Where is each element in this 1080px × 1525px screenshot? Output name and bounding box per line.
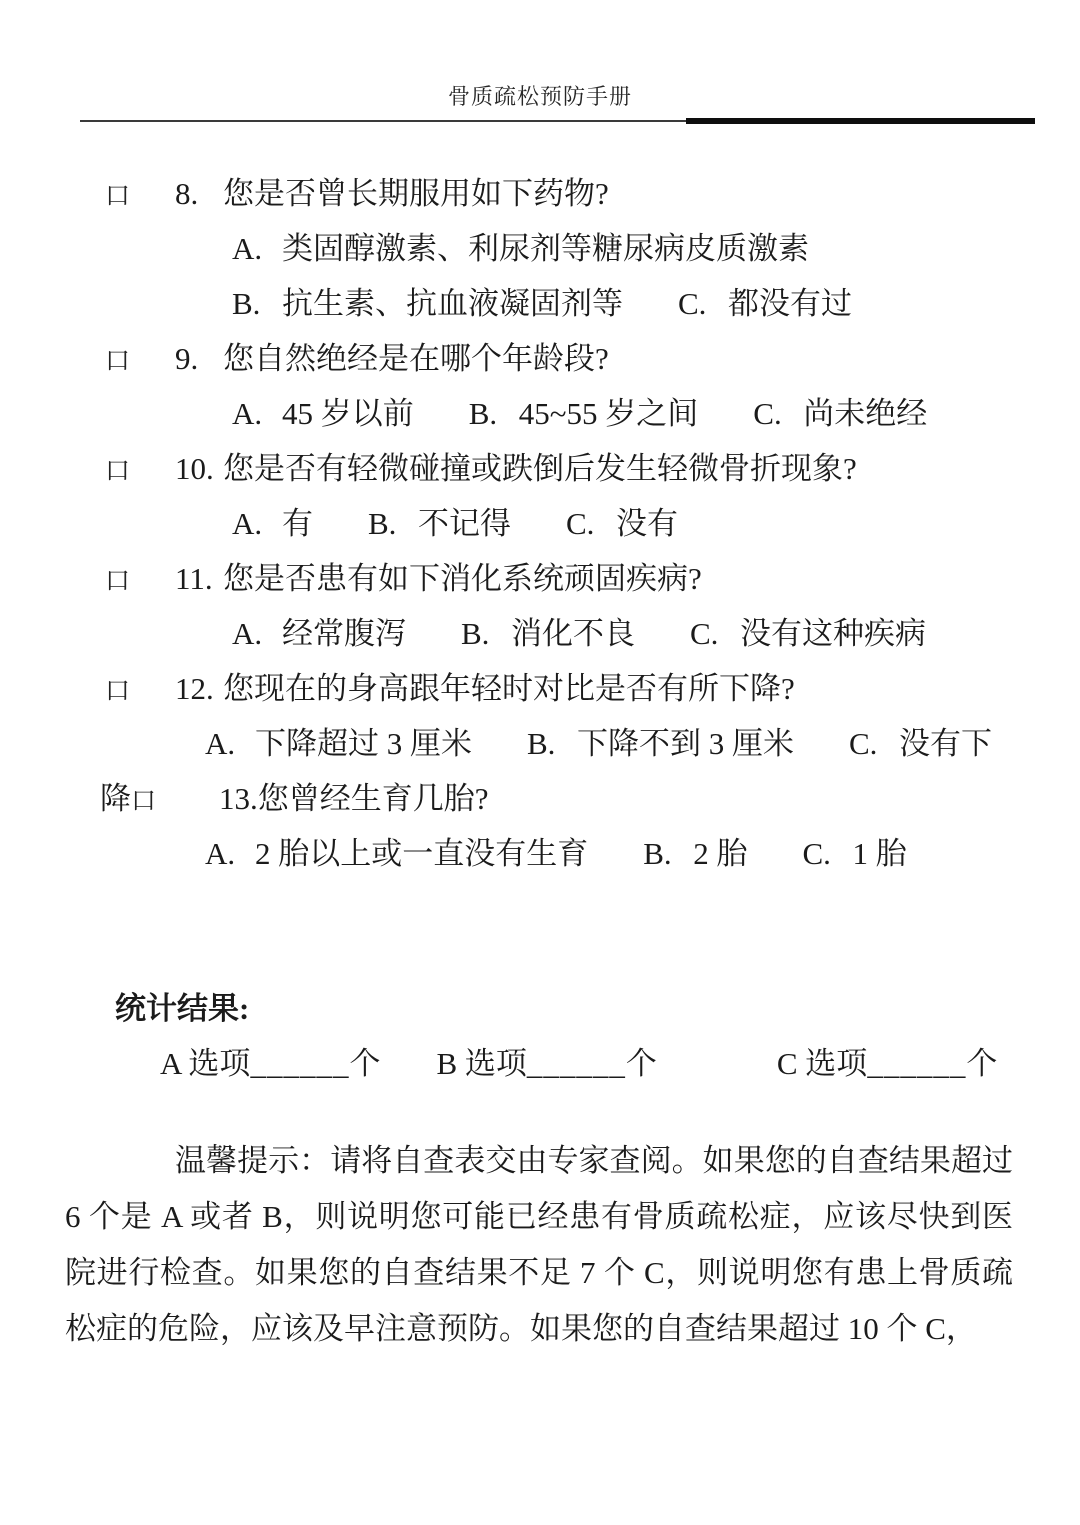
header-rule xyxy=(80,120,1035,122)
option-11b-label: B. xyxy=(461,606,511,661)
question-8-options-row-1: A.类固醇激素、利尿剂等糖尿病皮质激素 xyxy=(0,221,1080,276)
option-13b: B.2 胎 xyxy=(643,826,747,881)
question-8: 口8.您是否曾长期服用如下药物? xyxy=(0,166,1080,221)
stat-b: B 选项______个 xyxy=(436,1036,656,1091)
question-10-number: 10. xyxy=(175,441,223,496)
option-9a-text: 45 岁以前 xyxy=(282,396,414,431)
question-8-text: 您是否曾长期服用如下药物? xyxy=(223,176,609,211)
question-11: 口11.您是否患有如下消化系统顽固疾病? xyxy=(0,551,1080,606)
option-8a: A.类固醇激素、利尿剂等糖尿病皮质激素 xyxy=(232,221,809,276)
option-12c-text: 没有下 xyxy=(899,726,992,761)
option-13a-text: 2 胎以上或一直没有生育 xyxy=(255,836,588,871)
option-11a-text: 经常腹泻 xyxy=(282,616,406,651)
option-11a-label: A. xyxy=(232,606,282,661)
option-11b-text: 消化不良 xyxy=(511,616,635,651)
question-11-text: 您是否患有如下消化系统顽固疾病? xyxy=(223,561,702,596)
question-8-options-row-2: B.抗生素、抗血液凝固剂等C.都没有过 xyxy=(0,276,1080,331)
notice-line-4: 松症的危险，应该及早注意预防。如果您的自查结果超过 10 个 C， xyxy=(65,1301,1013,1357)
document-page: 骨质疏松预防手册 口8.您是否曾长期服用如下药物? A.类固醇激素、利尿剂等糖尿… xyxy=(0,0,1080,1525)
option-9c-label: C. xyxy=(753,386,803,441)
question-12: 口12.您现在的身高跟年轻时对比是否有所下降? xyxy=(0,661,1080,716)
notice-paragraph: 温馨提示：请将自查表交由专家查阅。如果您的自查结果超过 6 个是 A 或者 B，… xyxy=(65,1133,1013,1357)
question-12-options: A.下降超过 3 厘米B.下降不到 3 厘米C.没有下 xyxy=(0,716,1080,771)
question-12-text: 您现在的身高跟年轻时对比是否有所下降? xyxy=(223,671,795,706)
option-8c: C.都没有过 xyxy=(678,276,852,331)
option-12c-label: C. xyxy=(849,716,899,771)
option-12a-label: A. xyxy=(205,716,255,771)
option-12b-label: B. xyxy=(527,716,577,771)
option-10b-text: 不记得 xyxy=(418,506,511,541)
question-11-options: A.经常腹泻B.消化不良C.没有这种疾病 xyxy=(0,606,1080,661)
option-11b: B.消化不良 xyxy=(461,606,635,661)
option-10c-text: 没有 xyxy=(616,506,678,541)
option-13b-label: B. xyxy=(643,826,693,881)
statistics-title: 统计结果: xyxy=(0,981,1080,1036)
question-12-number: 12. xyxy=(175,661,223,716)
stat-c-unit: 个 xyxy=(966,1046,997,1081)
stat-c-label: C 选项 xyxy=(777,1046,867,1081)
checkbox-q12[interactable]: 口 xyxy=(105,664,175,719)
header-rule-thick-segment xyxy=(686,118,1035,124)
question-13-options: A.2 胎以上或一直没有生育B.2 胎C.1 胎 xyxy=(0,826,1080,881)
question-9-options: A.45 岁以前B.45~55 岁之间C.尚未绝经 xyxy=(0,386,1080,441)
option-11c-text: 没有这种疾病 xyxy=(740,616,926,651)
question-12c-wrap-char: 降 xyxy=(100,781,131,816)
option-8a-text: 类固醇激素、利尿剂等糖尿病皮质激素 xyxy=(282,231,809,266)
stat-c-blank[interactable]: ______ xyxy=(867,1046,966,1081)
question-11-number: 11. xyxy=(175,551,223,606)
option-8a-label: A. xyxy=(232,221,282,276)
option-11a: A.经常腹泻 xyxy=(232,606,406,661)
question-8-number: 8. xyxy=(175,166,223,221)
question-9-number: 9. xyxy=(175,331,223,386)
checkbox-q10[interactable]: 口 xyxy=(105,444,175,499)
option-9a: A.45 岁以前 xyxy=(232,386,414,441)
stat-b-label: B 选项 xyxy=(436,1046,526,1081)
page-header: 骨质疏松预防手册 xyxy=(0,0,1080,122)
question-9: 口9.您自然绝经是在哪个年龄段? xyxy=(0,331,1080,386)
option-11c: C.没有这种疾病 xyxy=(690,606,926,661)
option-8c-label: C. xyxy=(678,276,728,331)
checkbox-q9[interactable]: 口 xyxy=(105,334,175,389)
option-10c-label: C. xyxy=(566,496,616,551)
option-9a-label: A. xyxy=(232,386,282,441)
checkbox-q13[interactable]: 口 xyxy=(131,774,165,829)
option-12a: A.下降超过 3 厘米 xyxy=(205,716,472,771)
stat-a-unit: 个 xyxy=(349,1046,380,1081)
question-10: 口10.您是否有轻微碰撞或跌倒后发生轻微骨折现象? xyxy=(0,441,1080,496)
option-8b-label: B. xyxy=(232,276,282,331)
notice-line-2: 6 个是 A 或者 B，则说明您可能已经患有骨质疏松症，应该尽快到医 xyxy=(65,1189,1013,1245)
option-13c: C.1 胎 xyxy=(803,826,907,881)
option-9c-text: 尚未绝经 xyxy=(803,396,927,431)
question-13-text: 您曾经生育几胎? xyxy=(258,781,489,816)
option-10a: A.有 xyxy=(232,496,313,551)
option-12b: B.下降不到 3 厘米 xyxy=(527,716,794,771)
option-10b-label: B. xyxy=(368,496,418,551)
option-9c: C.尚未绝经 xyxy=(753,386,927,441)
option-8b-text: 抗生素、抗血液凝固剂等 xyxy=(282,286,623,321)
option-8c-text: 都没有过 xyxy=(728,286,852,321)
questionnaire: 口8.您是否曾长期服用如下药物? A.类固醇激素、利尿剂等糖尿病皮质激素 B.抗… xyxy=(0,166,1080,881)
question-9-text: 您自然绝经是在哪个年龄段? xyxy=(223,341,609,376)
option-10a-text: 有 xyxy=(282,506,313,541)
option-9b: B.45~55 岁之间 xyxy=(469,386,699,441)
option-13c-text: 1 胎 xyxy=(853,836,907,871)
stat-a: A 选项______个 xyxy=(160,1036,380,1091)
option-10c: C.没有 xyxy=(566,496,678,551)
stat-a-blank[interactable]: ______ xyxy=(250,1046,349,1081)
stat-b-blank[interactable]: ______ xyxy=(527,1046,626,1081)
option-10b: B.不记得 xyxy=(368,496,511,551)
stat-a-label: A 选项 xyxy=(160,1046,250,1081)
question-10-options: A.有B.不记得C.没有 xyxy=(0,496,1080,551)
stat-c: C 选项______个 xyxy=(777,1036,997,1091)
checkbox-q11[interactable]: 口 xyxy=(105,554,175,609)
option-8b: B.抗生素、抗血液凝固剂等 xyxy=(232,276,623,331)
statistics-counts: A 选项______个B 选项______个C 选项______个 xyxy=(0,1036,1080,1091)
option-13b-text: 2 胎 xyxy=(693,836,747,871)
stat-b-unit: 个 xyxy=(626,1046,657,1081)
option-13a: A.2 胎以上或一直没有生育 xyxy=(205,826,588,881)
notice-line-1: 温馨提示：请将自查表交由专家查阅。如果您的自查结果超过 xyxy=(65,1133,1013,1189)
option-9b-label: B. xyxy=(469,386,519,441)
option-12a-text: 下降超过 3 厘米 xyxy=(255,726,472,761)
option-9b-text: 45~55 岁之间 xyxy=(519,396,699,431)
option-13c-label: C. xyxy=(803,826,853,881)
notice-line-3: 院进行检查。如果您的自查结果不足 7 个 C，则说明您有患上骨质疏 xyxy=(65,1245,1013,1301)
page-title: 骨质疏松预防手册 xyxy=(0,0,1080,110)
question-13: 降口13.您曾经生育几胎? xyxy=(0,771,1080,826)
question-10-text: 您是否有轻微碰撞或跌倒后发生轻微骨折现象? xyxy=(223,451,857,486)
option-11c-label: C. xyxy=(690,606,740,661)
checkbox-q8[interactable]: 口 xyxy=(105,169,175,224)
statistics-section: 统计结果: A 选项______个B 选项______个C 选项______个 xyxy=(0,981,1080,1091)
option-13a-label: A. xyxy=(205,826,255,881)
option-12b-text: 下降不到 3 厘米 xyxy=(577,726,794,761)
option-12c: C.没有下 xyxy=(849,716,992,771)
question-13-number: 13. xyxy=(219,781,258,816)
option-10a-label: A. xyxy=(232,496,282,551)
